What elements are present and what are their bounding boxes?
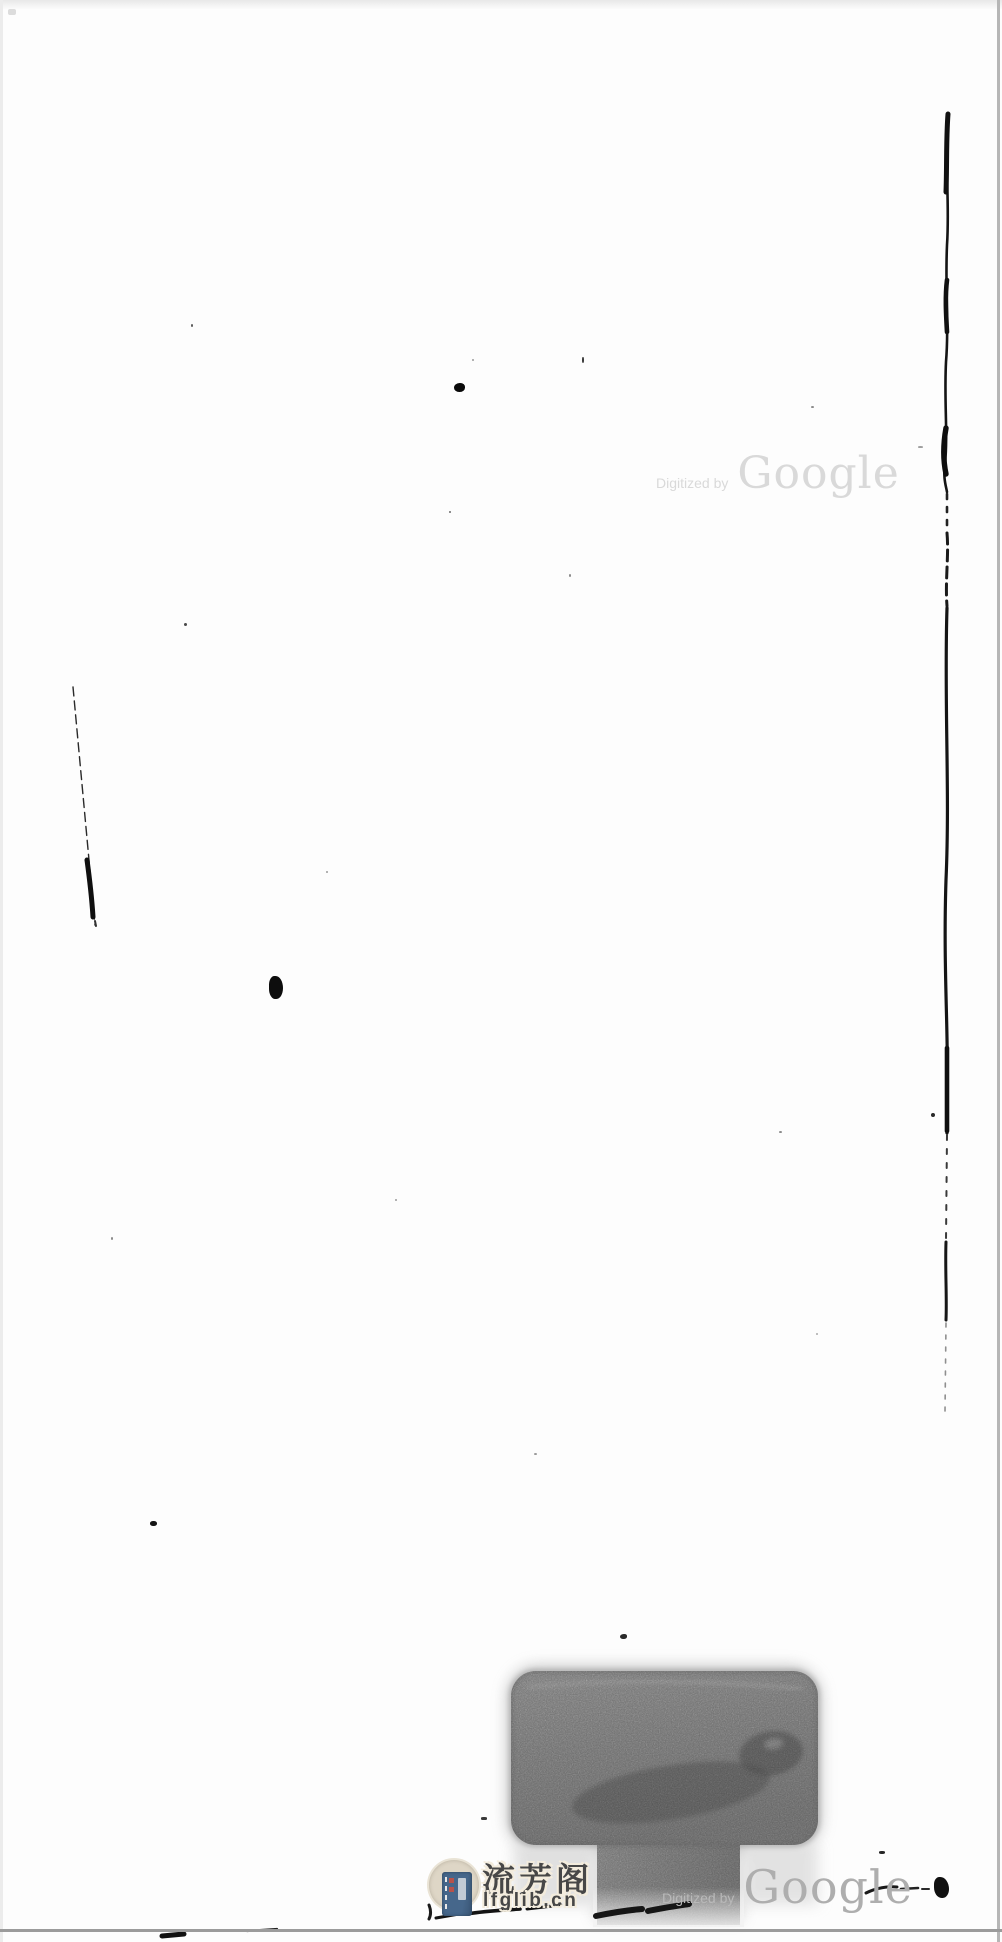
ink-speck (569, 574, 571, 577)
scan-edge-right (997, 0, 1000, 1942)
ink-speck (269, 976, 283, 999)
lfglib-badge-circle (429, 1860, 479, 1910)
lfglib-site-url: lfglib.cn (483, 1890, 578, 1912)
right-scan-line (944, 114, 948, 1412)
ink-speck (879, 1851, 885, 1854)
ink-speck (326, 871, 328, 873)
watermark-bottom-brand: Google (743, 1860, 913, 1914)
ink-speck (472, 359, 474, 361)
ink-speck (449, 511, 451, 513)
ink-speck (918, 446, 923, 448)
watermark-top-brand: Google (737, 448, 899, 499)
scan-edge-top (0, 0, 1002, 9)
ink-speck (934, 1877, 949, 1898)
ink-speck (454, 383, 465, 392)
scan-corner-mark (8, 9, 16, 15)
ink-speck (582, 357, 584, 363)
ink-speck (779, 1131, 782, 1133)
ink-speck (816, 1333, 818, 1335)
ink-speck (184, 623, 187, 626)
watermark-bottom: Digitized by Google (662, 1860, 913, 1914)
watermark-bottom-prefix: Digitized by (662, 1890, 734, 1906)
book-icon (442, 1872, 472, 1916)
ink-speck (931, 1113, 935, 1117)
ink-speck (191, 324, 193, 327)
watermark-top-prefix: Digitized by (656, 475, 728, 491)
left-diagonal-scratch (73, 687, 96, 926)
scan-edge-bottom (0, 1929, 1002, 1932)
ink-speck (150, 1521, 157, 1526)
scan-edge-left (0, 0, 3, 1942)
ink-speck (395, 1199, 397, 1201)
ink-speck (111, 1237, 113, 1240)
lfglib-badge: 流芳阁 lfglib.cn (426, 1852, 626, 1920)
ink-speck (811, 406, 814, 408)
watermark-top: Digitized by Google (656, 448, 900, 499)
ink-speck (534, 1453, 537, 1455)
scanned-page: Digitized by Google Digitized by Google … (0, 0, 1002, 1942)
